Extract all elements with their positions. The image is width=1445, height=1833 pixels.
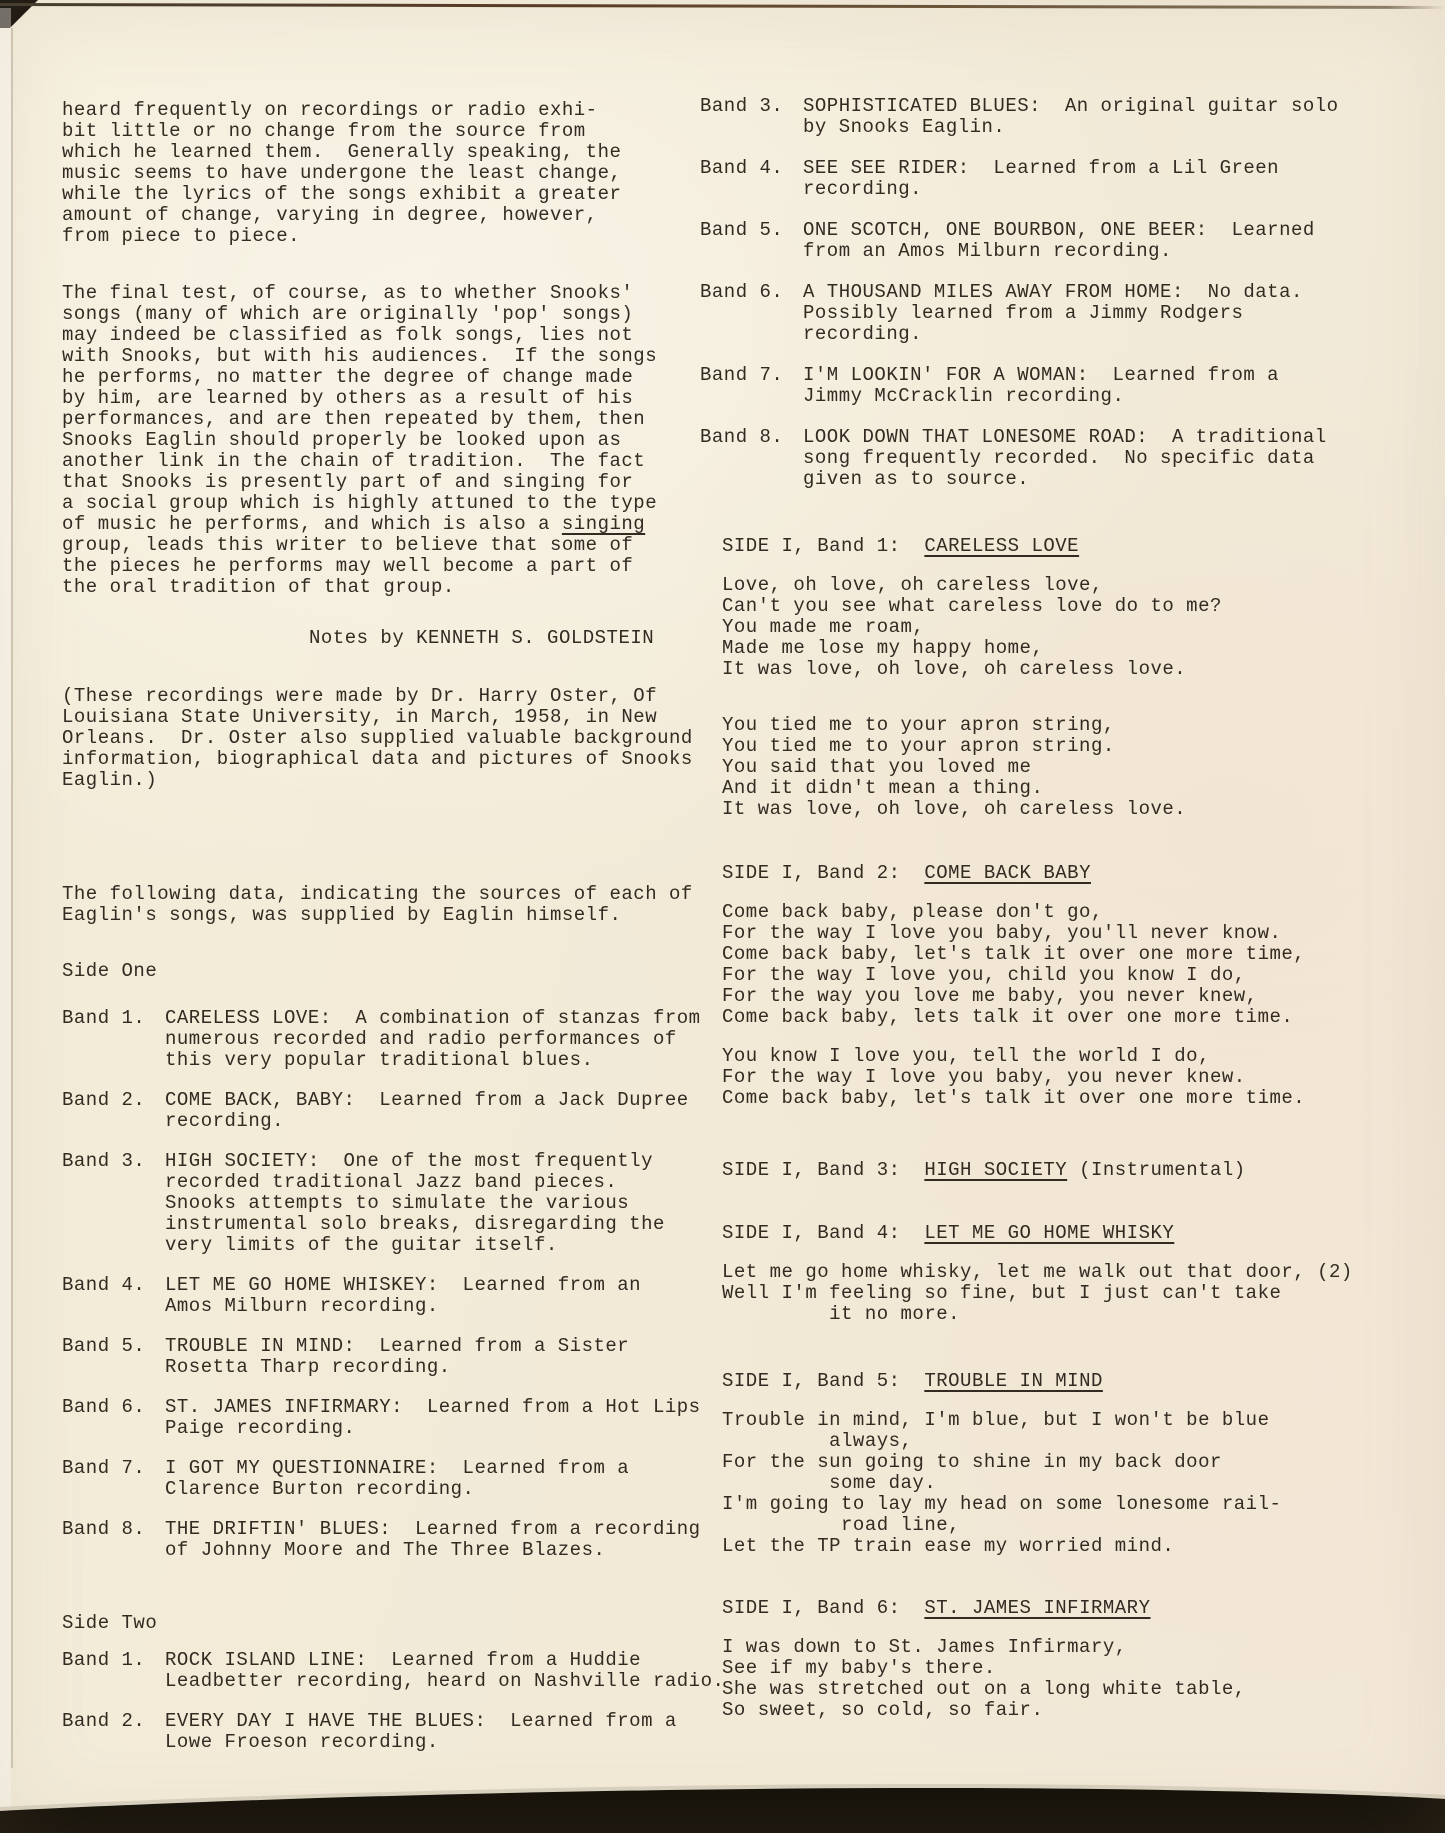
song-title: COME BACK BABY [924,862,1091,884]
band-note: I GOT MY QUESTIONNAIRE: Learned from a C… [165,1458,629,1500]
lyrics-careless-love: SIDE I, Band 1: CARELESS LOVE Love, oh l… [722,536,1380,820]
band-note: ROCK ISLAND LINE: Learned from a Huddie … [165,1650,724,1692]
lyric-heading-prefix: SIDE I, Band 2: [722,862,924,884]
band-label: Band 3. [62,1151,165,1256]
side-two-band-4: Band 4. SEE SEE RIDER: Learned from a Li… [700,158,1380,200]
band-note: LOOK DOWN THAT LONESOME ROAD: A traditio… [803,427,1327,490]
lyric-heading-prefix: SIDE I, Band 1: [722,535,924,557]
band-note: EVERY DAY I HAVE THE BLUES: Learned from… [165,1711,677,1753]
lyrics-let-me-go-home-whisky: SIDE I, Band 4: LET ME GO HOME WHISKY Le… [722,1223,1380,1325]
lyrics-trouble-in-mind: SIDE I, Band 5: TROUBLE IN MIND Trouble … [722,1371,1380,1557]
lyric-heading-prefix: SIDE I, Band 5: [722,1370,924,1392]
side-one-band-8: Band 8. THE DRIFTIN' BLUES: Learned from… [62,1519,647,1561]
lyric-heading-prefix: SIDE I, Band 3: [722,1159,924,1181]
song-title: ST. JAMES INFIRMARY [924,1597,1150,1619]
lyric-heading: SIDE I, Band 5: TROUBLE IN MIND [722,1371,1380,1392]
band-label: Band 3. [700,96,803,138]
band-note: I'M LOOKIN' FOR A WOMAN: Learned from a … [803,365,1279,407]
page-top-edge [0,3,1445,9]
band-note: A THOUSAND MILES AWAY FROM HOME: No data… [803,282,1303,345]
stanza: Love, oh love, oh careless love, Can't y… [722,575,1380,680]
lyric-heading: SIDE I, Band 3: HIGH SOCIETY (Instrument… [722,1160,1380,1181]
paragraph-final-test-rest: group, leads this writer to believe that… [62,534,633,598]
side-two-band-2: Band 2. EVERY DAY I HAVE THE BLUES: Lear… [62,1711,647,1753]
page-left-crease [11,28,13,1768]
underlined-word-singing: singing [562,513,645,535]
notes-credit: Notes by KENNETH S. GOLDSTEIN [309,628,647,649]
page-left-margin [0,8,11,1808]
stanza: You know I love you, tell the world I do… [722,1046,1380,1109]
side-two-band-1: Band 1. ROCK ISLAND LINE: Learned from a… [62,1650,647,1692]
lyric-heading: SIDE I, Band 6: ST. JAMES INFIRMARY [722,1598,1380,1619]
band-label: Band 1. [62,1008,165,1071]
band-note: LET ME GO HOME WHISKEY: Learned from an … [165,1275,641,1317]
stanza: Come back baby, please don't go, For the… [722,902,1380,1028]
band-note: CARELESS LOVE: A combination of stanzas … [165,1008,701,1071]
side-one-heading: Side One [62,961,647,982]
side-one-band-1: Band 1. CARELESS LOVE: A combination of … [62,1008,647,1071]
paragraph-sources-intro: The following data, indicating the sourc… [62,884,647,926]
side-one-band-7: Band 7. I GOT MY QUESTIONNAIRE: Learned … [62,1458,647,1500]
song-title: HIGH SOCIETY [924,1159,1067,1181]
band-label: Band 7. [62,1458,165,1500]
lyric-heading-prefix: SIDE I, Band 4: [722,1222,924,1244]
band-label: Band 6. [700,282,803,345]
band-label: Band 1. [62,1650,165,1692]
band-label: Band 6. [62,1397,165,1439]
side-two-band-5: Band 5. ONE SCOTCH, ONE BOURBON, ONE BEE… [700,220,1380,262]
lyric-heading-prefix: SIDE I, Band 6: [722,1597,924,1619]
side-two-band-7: Band 7. I'M LOOKIN' FOR A WOMAN: Learned… [700,365,1380,407]
song-title: CARELESS LOVE [924,535,1079,557]
paragraph-final-test-text: The final test, of course, as to whether… [62,282,657,535]
stanza: Trouble in mind, I'm blue, but I won't b… [722,1410,1380,1557]
song-title: TROUBLE IN MIND [924,1370,1103,1392]
side-two-heading: Side Two [62,1613,647,1634]
band-note: SOPHISTICATED BLUES: An original guitar … [803,96,1339,138]
band-note: SEE SEE RIDER: Learned from a Lil Green … [803,158,1279,200]
page-bottom-shadow [0,1773,1445,1833]
left-column: heard frequently on recordings or radio … [62,100,647,1772]
band-label: Band 4. [700,158,803,200]
lyric-heading-suffix: (Instrumental) [1067,1159,1246,1181]
band-label: Band 8. [62,1519,165,1561]
band-note: COME BACK, BABY: Learned from a Jack Dup… [165,1090,689,1132]
band-note: TROUBLE IN MIND: Learned from a Sister R… [165,1336,629,1378]
paragraph-final-test: The final test, of course, as to whether… [62,283,647,598]
band-label: Band 5. [700,220,803,262]
band-label: Band 2. [62,1090,165,1132]
side-two-band-6: Band 6. A THOUSAND MILES AWAY FROM HOME:… [700,282,1380,345]
stanza: You tied me to your apron string, You ti… [722,715,1380,820]
side-one-band-3: Band 3. HIGH SOCIETY: One of the most fr… [62,1151,647,1256]
side-one-band-4: Band 4. LET ME GO HOME WHISKEY: Learned … [62,1275,647,1317]
right-column: Band 3. SOPHISTICATED BLUES: An original… [700,96,1380,1721]
stanza: Let me go home whisky, let me walk out t… [722,1262,1380,1325]
band-label: Band 8. [700,427,803,490]
lyric-heading: SIDE I, Band 2: COME BACK BABY [722,863,1380,884]
stanza: I was down to St. James Infirmary, See i… [722,1637,1380,1721]
side-two-band-8: Band 8. LOOK DOWN THAT LONESOME ROAD: A … [700,427,1380,490]
side-one-band-5: Band 5. TROUBLE IN MIND: Learned from a … [62,1336,647,1378]
band-label: Band 2. [62,1711,165,1753]
lyric-heading: SIDE I, Band 4: LET ME GO HOME WHISKY [722,1223,1380,1244]
paragraph-sources-change: heard frequently on recordings or radio … [62,100,647,247]
band-label: Band 4. [62,1275,165,1317]
band-note: ST. JAMES INFIRMARY: Learned from a Hot … [165,1397,701,1439]
side-one-band-6: Band 6. ST. JAMES INFIRMARY: Learned fro… [62,1397,647,1439]
lyric-heading: SIDE I, Band 1: CARELESS LOVE [722,536,1380,557]
side-two-band-3: Band 3. SOPHISTICATED BLUES: An original… [700,96,1380,138]
paragraph-recording-credit: (These recordings were made by Dr. Harry… [62,686,647,791]
band-label: Band 5. [62,1336,165,1378]
scanned-document-page: { "page": { "paper_color": "#f2ead7", "i… [0,0,1445,1833]
song-title: LET ME GO HOME WHISKY [924,1222,1174,1244]
side-one-band-2: Band 2. COME BACK, BABY: Learned from a … [62,1090,647,1132]
band-note: ONE SCOTCH, ONE BOURBON, ONE BEER: Learn… [803,220,1315,262]
band-note: HIGH SOCIETY: One of the most frequently… [165,1151,665,1256]
lyrics-st-james-infirmary: SIDE I, Band 6: ST. JAMES INFIRMARY I wa… [722,1598,1380,1721]
band-label: Band 7. [700,365,803,407]
lyrics-high-society: SIDE I, Band 3: HIGH SOCIETY (Instrument… [722,1160,1380,1181]
lyrics-come-back-baby: SIDE I, Band 2: COME BACK BABY Come back… [722,863,1380,1109]
band-note: THE DRIFTIN' BLUES: Learned from a recor… [165,1519,701,1561]
